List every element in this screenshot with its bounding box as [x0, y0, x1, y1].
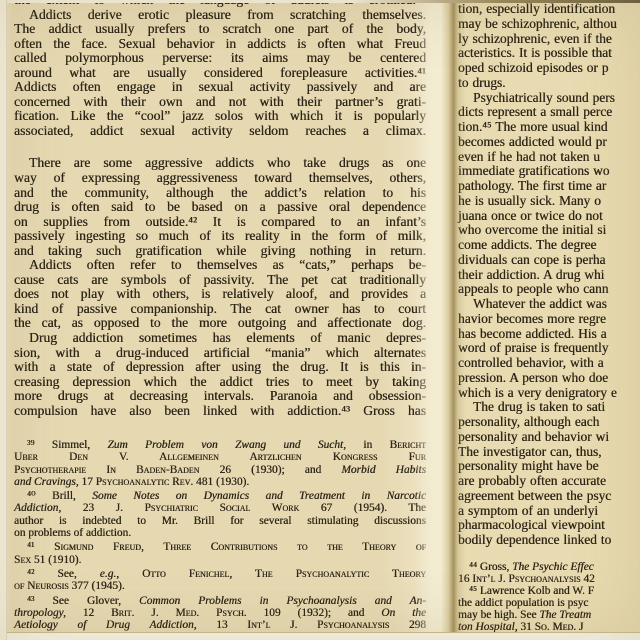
- footnote-line: 16 Int’l J. Psychoanalysis 42: [458, 573, 640, 585]
- footnote-line: thropology, 12 Brit. J. Med. Psych. 109 …: [14, 607, 426, 619]
- body-line: with a state of depression after using t…: [14, 360, 426, 375]
- body-line: their addiction. A drug whi: [458, 268, 640, 283]
- footnote: ⁴¹ Sigmund Freud, Three Contributions to…: [14, 541, 426, 566]
- book-scan: the extent to which the language of addi…: [0, 0, 640, 640]
- body-line: havior becomes more regre: [458, 312, 640, 327]
- footnote: ⁴³ See Glover, Common Problems in Psycho…: [14, 595, 426, 640]
- body-line: who overcome the initial si: [458, 223, 640, 238]
- body-line: dicts represent a small perce: [458, 105, 640, 120]
- footnote-line: ⁴³ See Glover, Common Problems in Psycho…: [14, 595, 426, 607]
- body-line: The addict usually prefers to scratch on…: [14, 22, 426, 37]
- body-line: drug is often said to be based on a pass…: [14, 200, 426, 215]
- footnote-line: ⁴¹ Sigmund Freud, Three Contributions to…: [14, 541, 426, 553]
- body-line: fication. Like the “cool” jazz solos wit…: [14, 109, 426, 124]
- body-line: concerned with their own and not with th…: [14, 95, 426, 110]
- body-line: associated, addict sexual activity seldo…: [14, 124, 426, 139]
- body-line: and the community, although the addict’s…: [14, 186, 426, 201]
- body-line: ly schizophrenic, even if the: [458, 32, 640, 47]
- body-line: Addicts derive erotic pleasure from scra…: [14, 8, 426, 23]
- body-line: often the face. Sexual behavior in addic…: [14, 37, 426, 52]
- footnote-line: ⁴⁰ Brill, Some Notes on Dynamics and Tre…: [14, 490, 426, 502]
- body-line: cause cats are symbols of passivity. The…: [14, 273, 426, 288]
- footnote-line: on problems of addiction.: [14, 527, 426, 539]
- paragraph: There are some aggressive addicts who ta…: [14, 156, 426, 258]
- body-line: The drug is taken to sati: [458, 400, 640, 415]
- body-line: the cat, as opposed to the more outgoing…: [14, 316, 426, 331]
- footnote-line: and Cravings, 17 Psychoanalytic Rev. 481…: [14, 476, 426, 488]
- body-line: are probably often accurate: [458, 474, 640, 489]
- paragraph: Drug addiction sometimes has elements of…: [14, 331, 426, 418]
- body-line: and taking such gratification while givi…: [14, 244, 426, 259]
- footnote: ⁴² See, e.g., Otto Fenichel, The Psychoa…: [14, 568, 426, 593]
- body-line: personality, although each: [458, 415, 640, 430]
- right-page-footnotes: ⁴⁴ Gross, The Psychic Effec16 Int’l J. P…: [458, 561, 640, 634]
- footnote-line: Psychotherapie In Baden-Baden 26 (1930);…: [14, 464, 426, 476]
- body-line: creasing depression which the addict tri…: [14, 375, 426, 390]
- body-line: There are some aggressive addicts who ta…: [14, 156, 426, 171]
- body-line: even if he had not taken u: [458, 150, 640, 165]
- body-line: has become addicted. His a: [458, 327, 640, 342]
- body-line: oped schizoid episodes or p: [458, 61, 640, 76]
- body-line: becomes addicted would pr: [458, 135, 640, 150]
- body-line: Addicts often refer to themselves as “ca…: [14, 258, 426, 273]
- paragraph: Addicts derive erotic pleasure from scra…: [14, 8, 426, 139]
- body-line: come addicts. The degree: [458, 238, 640, 253]
- paragraph: Addicts often refer to themselves as “ca…: [14, 258, 426, 331]
- body-line: way of expressing aggressiveness toward …: [14, 171, 426, 186]
- body-line: pathology. The first time ar: [458, 179, 640, 194]
- footnote-line: (1932).: [14, 631, 426, 640]
- body-line: to drugs.: [458, 76, 640, 91]
- footnote-line: author is indebted to Mr. Brill for seve…: [14, 515, 426, 527]
- body-line: immediate gratifications wo: [458, 164, 640, 179]
- body-line: Addicts often engage in sexual activity …: [14, 80, 426, 95]
- footnote: ⁴⁰ Brill, Some Notes on Dynamics and Tre…: [14, 490, 426, 539]
- footnote-line: Sex 51 (1910).: [14, 554, 426, 566]
- footnote-line: ton Hospital, 31 So. Med. J: [458, 621, 640, 633]
- body-line: personality and behavior wi: [458, 430, 640, 445]
- body-line: dividuals can cope is perha: [458, 253, 640, 268]
- body-line: does not play with others, is relatively…: [14, 287, 426, 302]
- body-line: pharmacological viewpoint: [458, 518, 640, 533]
- body-line: called polymorphous perverse: its aims m…: [14, 51, 426, 66]
- footnote-line: may be high. See The Treatm: [458, 609, 640, 621]
- body-line: bodily dependence linked to: [458, 533, 640, 548]
- body-line: personality might have be: [458, 459, 640, 474]
- body-line: The investigator can, thus,: [458, 445, 640, 460]
- right-page: tion, especially identificationmay be sc…: [450, 0, 640, 640]
- body-line: Drug addiction sometimes has elements of…: [14, 331, 426, 346]
- footnote-line: ⁴² See, e.g., Otto Fenichel, The Psychoa…: [14, 568, 426, 580]
- footnote-line: ⁴⁴ Gross, The Psychic Effec: [458, 561, 640, 573]
- body-line: passively ingesting so much of its reali…: [14, 229, 426, 244]
- body-line: a symptom of an underlyi: [458, 504, 640, 519]
- left-page: the extent to which the language of addi…: [0, 0, 444, 640]
- footnote-line: the addict population is psyc: [458, 597, 640, 609]
- body-line: which is a very denigratory e: [458, 386, 640, 401]
- body-line: Whatever the addict was: [458, 297, 640, 312]
- body-line: tion.⁴⁵ The more usual kind: [458, 120, 640, 135]
- body-line: controlled behavior, with a: [458, 356, 640, 371]
- left-page-footnotes: ³⁹ Simmel, Zum Problem von Zwang und Suc…: [14, 437, 426, 640]
- footnote-line: Uber Den V. Allgemeinen Artzlichen Kongr…: [14, 451, 426, 463]
- body-line: compulsion have also been linked with ad…: [14, 404, 426, 419]
- footnote: ³⁹ Simmel, Zum Problem von Zwang und Suc…: [14, 439, 426, 488]
- body-line: acteristics. It is possible that: [458, 46, 640, 61]
- body-line: kind of passive companionship. The cat o…: [14, 302, 426, 317]
- footnote-line: ³⁹ Simmel, Zum Problem von Zwang und Suc…: [14, 439, 426, 451]
- left-page-body: the extent to which the language of addi…: [14, 0, 426, 418]
- body-line: more drugs at decreasing intervals. Para…: [14, 389, 426, 404]
- body-line: pression. A person who doe: [458, 371, 640, 386]
- body-line: around what are usually considered forep…: [14, 66, 426, 81]
- body-line: he is usually sick. Many o: [458, 194, 640, 209]
- body-line: may be schizophrenic, althou: [458, 17, 640, 32]
- right-page-body: tion, especially identificationmay be sc…: [458, 2, 640, 633]
- body-line: agreement between the psyc: [458, 489, 640, 504]
- body-line: Psychiatrically sound pers: [458, 91, 640, 106]
- footnote-line: of Neurosis 377 (1945).: [14, 580, 426, 592]
- body-line: juana once or twice do not: [458, 209, 640, 224]
- body-line: word of praise is frequently: [458, 341, 640, 356]
- body-line: on supplies from outside.⁴² It is compar…: [14, 215, 426, 230]
- footnote-line: ⁴⁵ Lawrence Kolb and W. F: [458, 585, 640, 597]
- body-line: sion, with a drug-induced artificial “ma…: [14, 346, 426, 361]
- footnote-line: Addiction, 23 J. Psychiatric Social Work…: [14, 502, 426, 514]
- body-line: tion, especially identification: [458, 2, 640, 17]
- footnote-line: Aetiology of Drug Addiction, 13 Int’l J.…: [14, 619, 426, 631]
- body-line: appeals to people who cann: [458, 282, 640, 297]
